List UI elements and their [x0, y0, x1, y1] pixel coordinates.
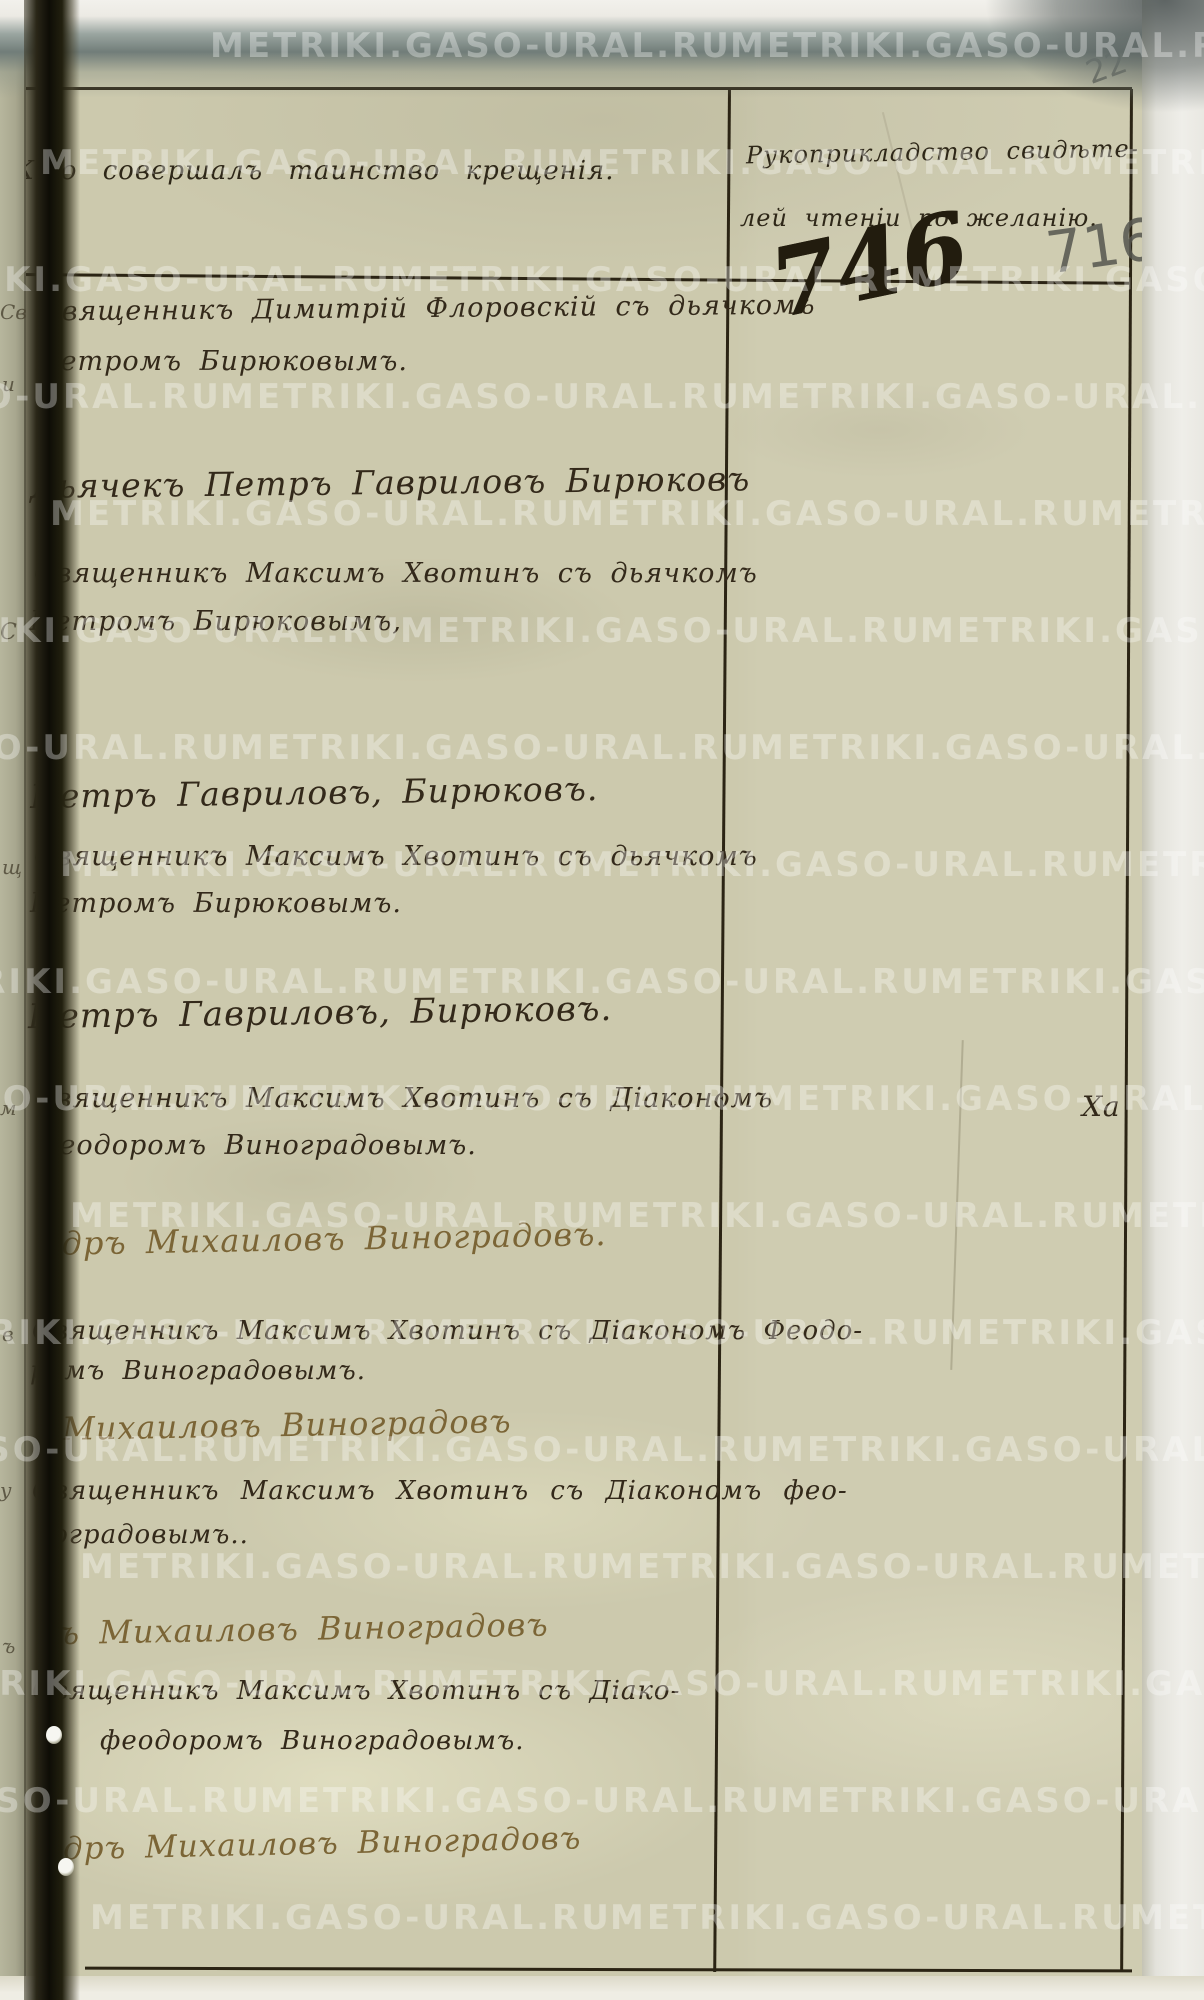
handwriting-entry-line: Священникъ Максимъ Хвотинъ съ дьячкомъ	[34, 841, 758, 872]
handwriting-entry-line: Петромъ Бирюковымъ.	[30, 888, 402, 919]
binding-text-fragment: у	[0, 1478, 12, 1502]
handwriting-entry-line: Священникъ Максимъ Хвотинъ съ Діако-	[32, 1676, 680, 1706]
binding-text-fragment: ъ	[2, 1634, 15, 1658]
binding-text-fragment: С	[0, 620, 17, 645]
scanned-metric-book-page: Кто совершалъ таинство крещенія. Рукопри…	[0, 0, 1204, 2000]
scan-right-edge	[1142, 0, 1204, 2000]
handwriting-entry-line: Священникъ Максимъ Хвотинъ съ дьячкомъ	[34, 558, 758, 589]
binding-text-fragment: в	[2, 1322, 14, 1346]
binding-text-fragment: щ	[2, 855, 22, 879]
handwriting-entry-line: Феодоромъ Виноградовымъ.	[36, 1130, 477, 1161]
left-column-header: Кто совершалъ таинство крещенія.	[14, 156, 615, 186]
handwriting-entry-line: Священникъ Максимъ Хвотинъ съ Діакономъ	[34, 1083, 773, 1114]
handwriting-entry-line: Петромъ Бирюковымъ,	[30, 606, 402, 637]
handwriting-entry-line: Священникъ Максимъ Хвотинъ съ Діакономъ …	[32, 1476, 848, 1506]
handwriting-entry-line: ромъ Виноградовымъ.	[30, 1356, 366, 1386]
handwriting-entry-line: Священникъ Максимъ Хвотинъ съ Діакономъ …	[32, 1316, 863, 1346]
handwriting-entry-line: Петромъ Бирюковымъ.	[36, 346, 408, 377]
scan-corner-shadow	[944, 0, 1204, 190]
binding-text-fragment: и	[2, 372, 15, 396]
scan-bottom-edge	[0, 1976, 1204, 2000]
binding-pin-hole	[46, 1726, 62, 1744]
handwriting-entry-line: Дьячекъ Петръ Гавриловъ Бирюковъ	[30, 459, 751, 506]
margin-ink-mark: Ха	[1082, 1090, 1121, 1123]
binding-pin-hole	[58, 1858, 74, 1876]
binding-text-fragment: Св	[0, 300, 27, 324]
binding-text-fragment: м	[0, 1096, 17, 1120]
book-binding-shadow	[24, 0, 80, 2000]
handwriting-entry-line: Петръ Гавриловъ, Бирюковъ.	[28, 989, 613, 1037]
handwriting-entry-line: Петръ Гавриловъ, Бирюковъ.	[30, 769, 599, 816]
handwriting-entry-line: феодоромъ Виноградовымъ.	[100, 1726, 524, 1756]
handwriting-entry-line: Михаиловъ Виноградовъ	[62, 1402, 512, 1448]
